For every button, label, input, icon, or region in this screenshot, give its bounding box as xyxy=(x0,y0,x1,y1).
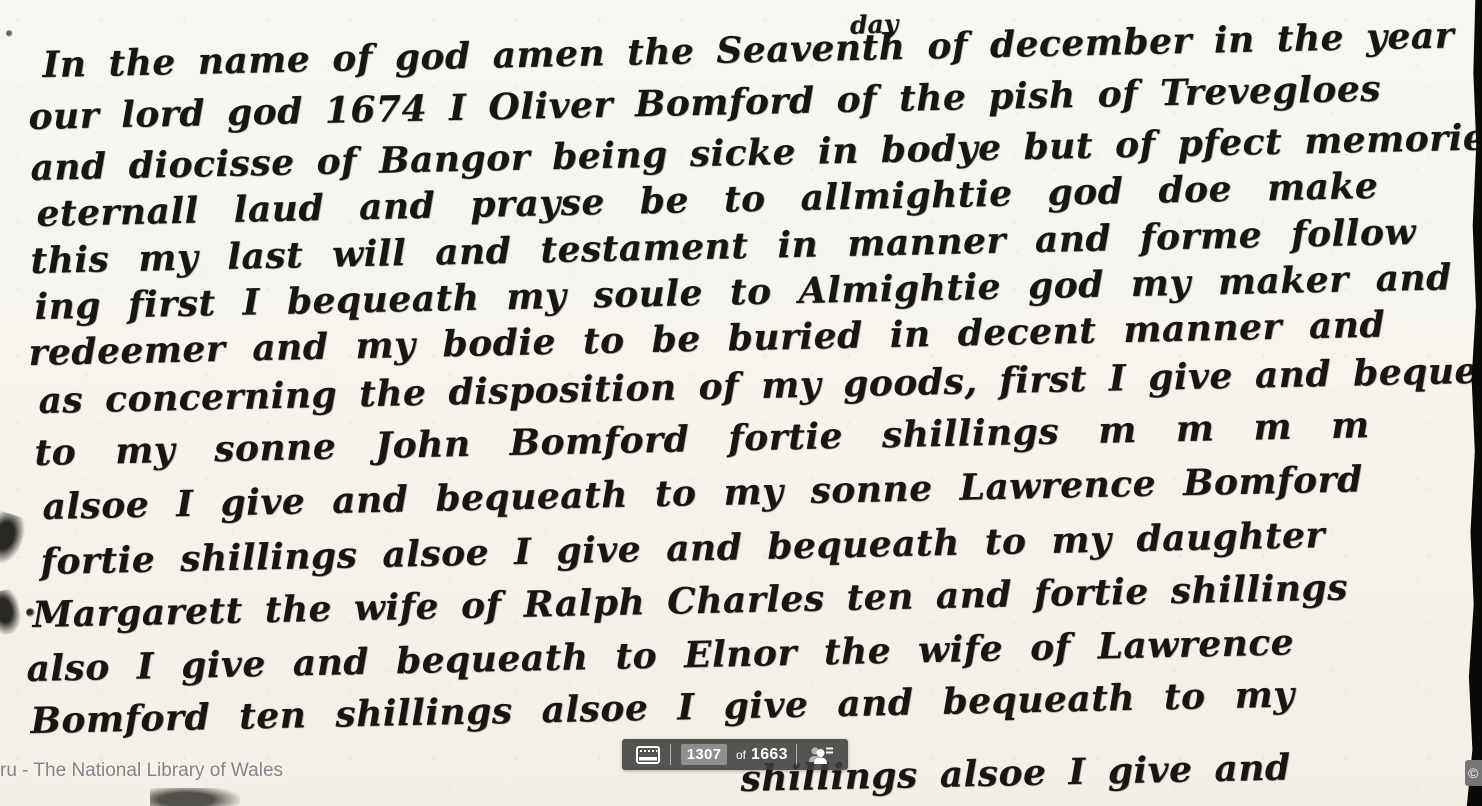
manuscript-interlinear-insertion: day xyxy=(850,9,899,40)
ink-blot xyxy=(150,788,240,806)
ink-blot xyxy=(26,608,35,617)
page-number-input[interactable]: 1307 xyxy=(681,744,727,765)
thumbnails-button[interactable] xyxy=(630,739,666,770)
manuscript-canvas[interactable]: In the name of god amen the Seaventh of … xyxy=(0,0,1482,806)
divider xyxy=(796,744,797,765)
of-label: of xyxy=(736,748,746,762)
watermark: ru - The National Library of Wales xyxy=(0,760,283,782)
divider xyxy=(670,744,671,765)
document-viewer: In the name of god amen the Seaventh of … xyxy=(0,0,1482,806)
ink-blot xyxy=(0,511,29,568)
copyright-icon: © xyxy=(1468,765,1478,781)
copyright-button[interactable]: © xyxy=(1465,760,1482,786)
total-pages: 1663 xyxy=(751,746,788,764)
page-navigation-bar: 1307 of 1663 xyxy=(622,739,848,770)
filmstrip-icon xyxy=(636,746,660,764)
ink-blot xyxy=(6,30,13,37)
names-index-button[interactable] xyxy=(801,739,840,770)
people-list-icon xyxy=(807,745,834,765)
ink-blot xyxy=(0,588,24,636)
